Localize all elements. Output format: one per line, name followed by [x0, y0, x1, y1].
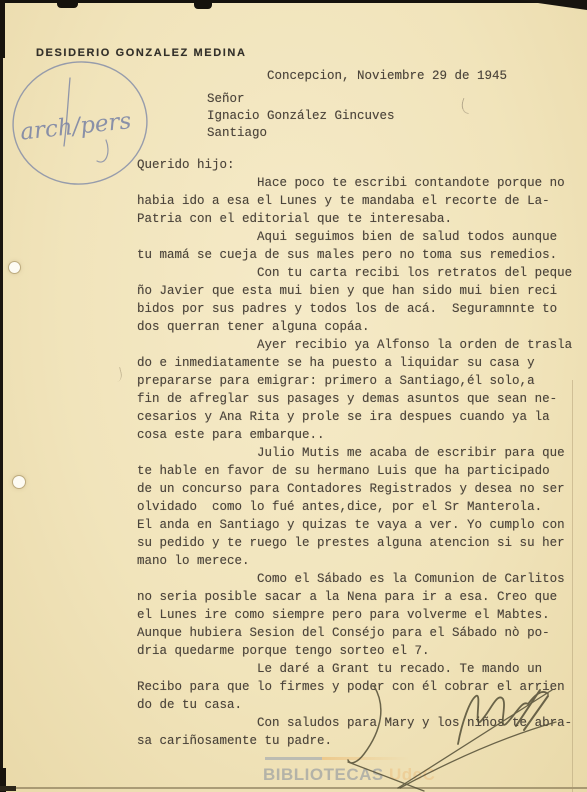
stray-pencil-mark: [109, 367, 123, 383]
signature-stroke: [400, 722, 556, 788]
dateline: Concepcion, Noviembre 29 de 1945: [267, 69, 507, 83]
signature-stroke: [398, 690, 552, 788]
recipient-salutation: Señor: [207, 92, 245, 106]
scan-edge-top: [0, 0, 587, 3]
punch-hole: [13, 476, 25, 488]
letter-scan-page: DESIDERIO GONZALEZ MEDINA arch/pers Conc…: [0, 0, 587, 792]
letter-body: Querido hijo: Hace poco te escribi conta…: [137, 156, 569, 750]
punch-hole: [9, 262, 20, 273]
scan-edge-corner: [517, 0, 587, 10]
watermark-line-gray: [265, 757, 322, 760]
recipient-name: Ignacio González Gincuves: [207, 109, 395, 123]
scan-edge-left-top: [0, 0, 5, 58]
scan-edge-bottom-corner: [0, 786, 16, 791]
recipient-city: Santiago: [207, 126, 267, 140]
stamp-descender-stroke: [97, 140, 108, 162]
scan-edge-mark: [57, 0, 78, 8]
scan-edge-mark: [194, 0, 212, 9]
stray-pen-mark: [459, 98, 473, 114]
signature: [318, 678, 582, 792]
scan-edge-left: [0, 0, 3, 792]
signature-stroke: [348, 762, 424, 791]
stamp-handwriting: arch/pers: [19, 108, 133, 146]
signature-stroke: [348, 686, 381, 763]
